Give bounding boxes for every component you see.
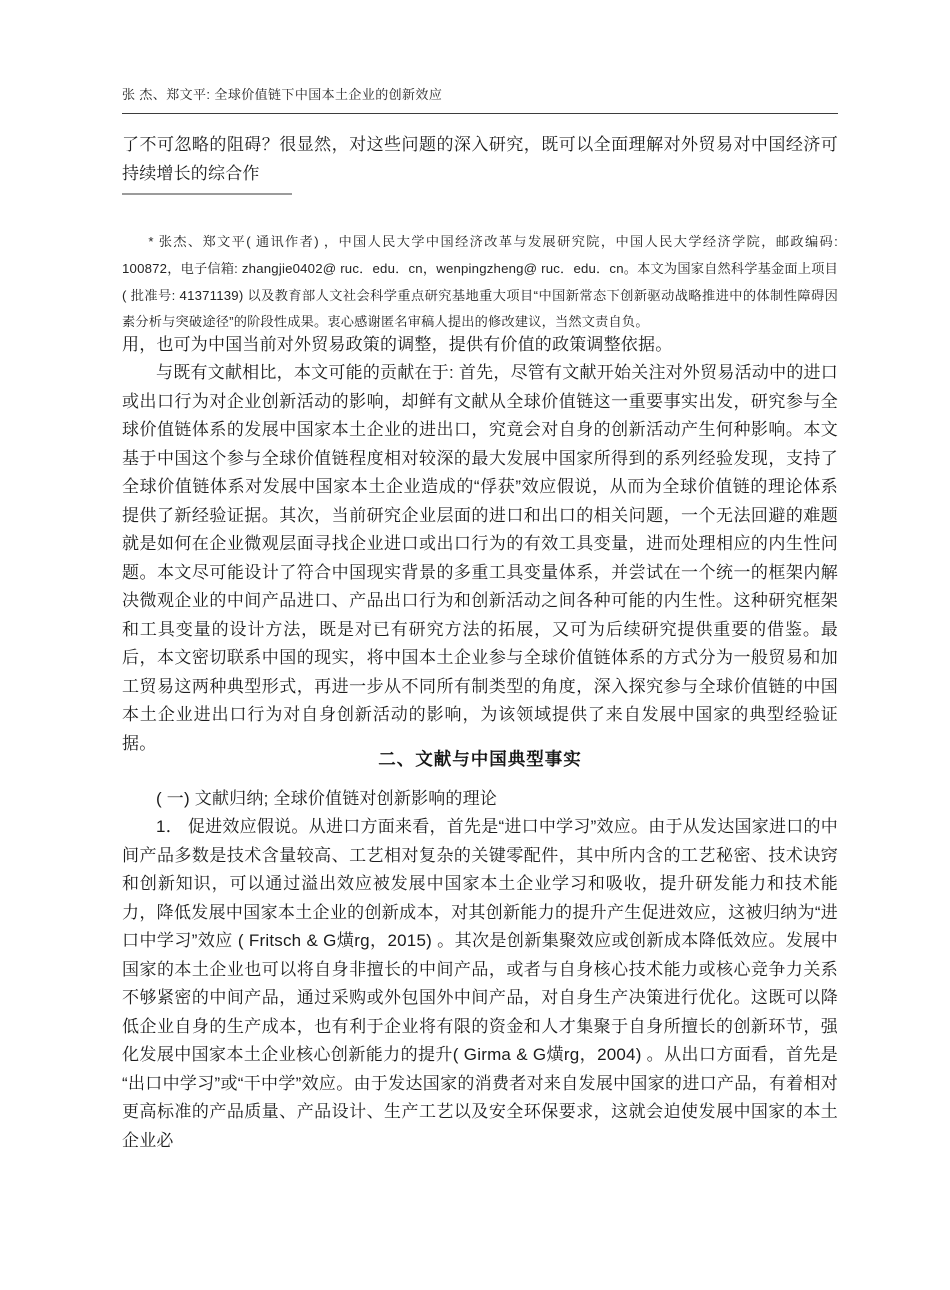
paragraph-resume: 用，也可为中国当前对外贸易政策的调整，提供有价值的政策调整依据。 (122, 331, 838, 360)
paragraph-continuation: 了不可忽略的阻碍？很显然，对这些问题的深入研究，既可以全面理解对外贸易对中国经济… (122, 131, 838, 188)
footnote-author-affiliation: * 张杰、郑文平( 通讯作者) ，中国人民大学中国经济改革与发展研究院，中国人民… (122, 229, 838, 336)
section-heading-literature: 二、文献与中国典型事实 (122, 746, 838, 772)
footnote-separator-rule (122, 193, 292, 195)
paragraph-promotion-effect-hypothesis: 1． 促进效应假说。从进口方面来看，首先是“进口中学习”效应。由于从发达国家进口… (122, 813, 838, 1155)
subsection-heading-literature-review: ( 一) 文献归纳; 全球价值链对创新影响的理论 (122, 785, 838, 814)
paper-page: 张 杰、郑文平: 全球价值链下中国本土企业的创新效应 了不可忽略的阻碍？很显然，… (0, 0, 950, 1290)
running-head: 张 杰、郑文平: 全球价值链下中国本土企业的创新效应 (122, 86, 838, 104)
paragraph-contribution: 与既有文献相比，本文可能的贡献在于: 首先，尽管有文献开始关注对外贸易活动中的进… (122, 359, 838, 758)
header-rule (122, 113, 838, 114)
